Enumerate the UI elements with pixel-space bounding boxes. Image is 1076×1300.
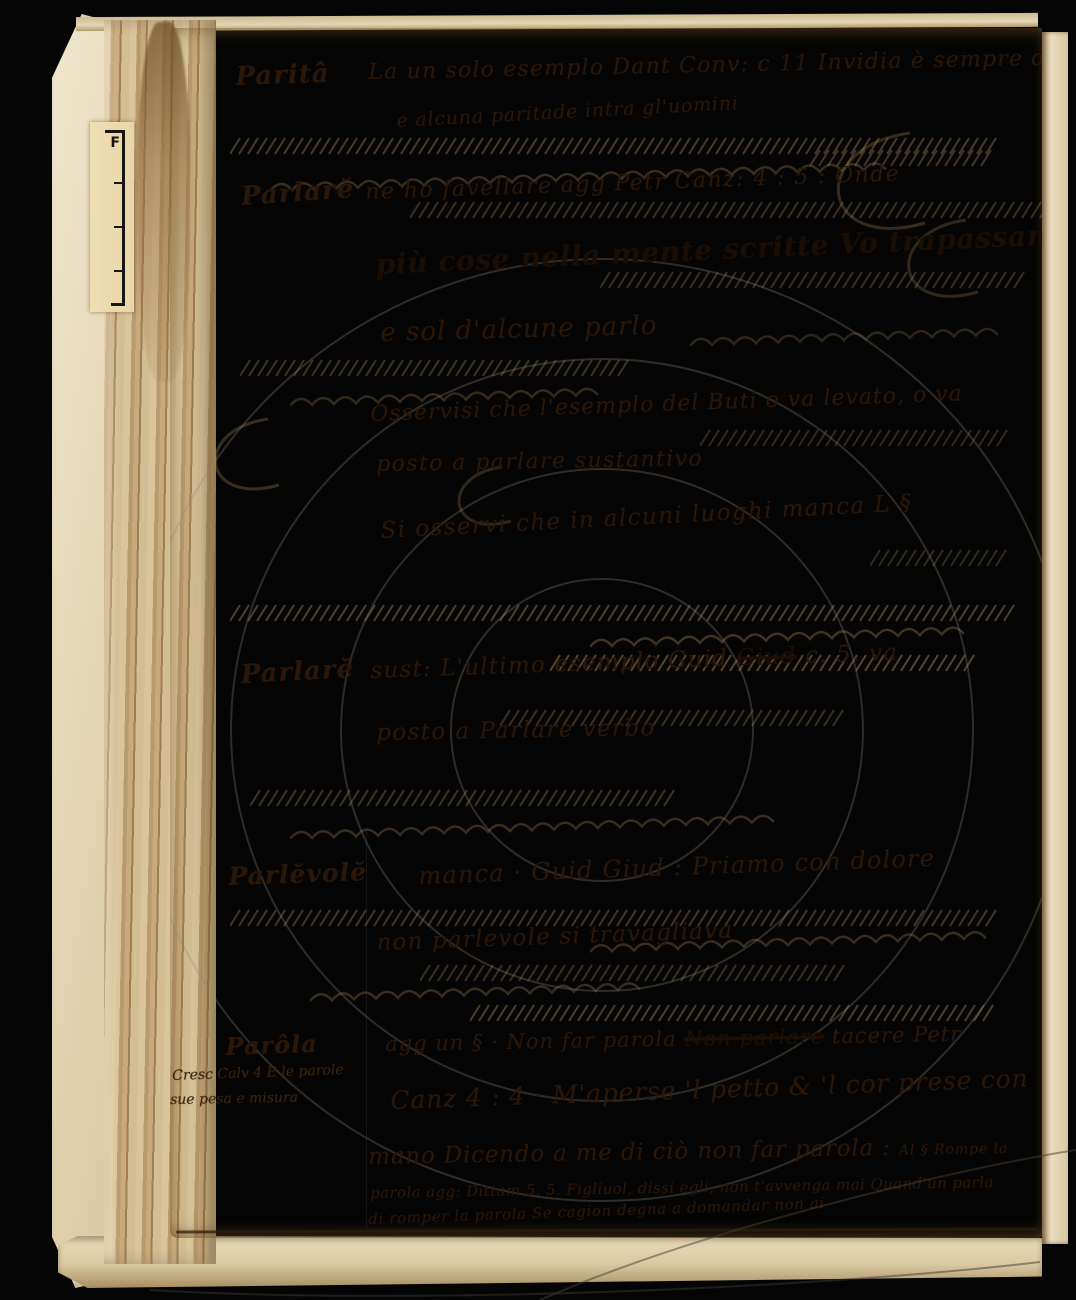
text-segment: parola agg: Dittam 5. 5. Figliuol, dissi… <box>370 1173 994 1202</box>
entry-line: Canz 4 : 4 · M'aperse 'l petto & 'l cor … <box>390 1064 1029 1115</box>
ruler-label: F <box>110 135 120 151</box>
entry-line: parola agg: Dittam 5. 5. Figliuol, dissi… <box>370 1173 994 1202</box>
text-segment: Al § Rompe la <box>899 1141 1009 1159</box>
text-segment: La un solo esemplo Dant Conv: c 11 Invid… <box>368 45 1042 85</box>
entry-line: La un solo esemplo Dant Conv: c 11 Invid… <box>368 45 1042 85</box>
text-segment: sust: L'ultimo esemplo Guid <box>370 645 737 684</box>
entry-headword: Paritâ <box>235 59 330 92</box>
entry-line: manca · Guid Giud : Priamo con dolore <box>418 844 936 890</box>
entry-line: non parlevole si travagliava <box>376 918 734 956</box>
entry-line: Osservisi che l'esemplo del Buti o va le… <box>370 381 963 427</box>
photo-scale-ruler: F <box>90 122 134 312</box>
manuscript-page: ParitâLa un solo esemplo Dant Conv: c 11… <box>170 28 1042 1238</box>
entry-headword: Parôla <box>225 1029 318 1061</box>
text-segment: Osservisi che l'esemplo del Buti o va le… <box>370 381 963 427</box>
text-segment: e alcuna paritade intra gl'uomini <box>396 92 739 132</box>
entry-headword: Parlarĕ <box>240 174 355 212</box>
entry-headword: Parlarĕ <box>240 654 355 690</box>
entry-line: mano Dicendo a me di ciò non far parola … <box>368 1133 1008 1170</box>
entry-line: sust: L'ultimo esemplo Guid Giud c. 5. v… <box>370 640 899 684</box>
entry-headword: Parlĕvolĕ <box>228 857 367 891</box>
entry-line: più cose nella mente scritte Vo trapassa… <box>375 216 1042 280</box>
struck-text-segment: Giud <box>736 643 797 671</box>
ruler-tick <box>114 182 125 184</box>
text-segment: Si osservi che in alcuni luoghi manca L … <box>380 490 913 544</box>
text-segment: tacere Petr <box>824 1022 961 1048</box>
entry-line: agg un § · Non far parola Non parlare ta… <box>385 1022 961 1056</box>
entry-line: e sol d'alcune parlo <box>380 311 658 348</box>
handwritten-entries: ParitâLa un solo esemplo Dant Conv: c 11… <box>170 28 1042 1238</box>
text-segment: Canz 4 : 4 · M'aperse 'l petto & 'l cor … <box>390 1064 1029 1115</box>
entry-margin-note: sue pesa e misura <box>170 1090 298 1108</box>
entry-margin-note: Cresc Calv 4 E le parole <box>172 1062 344 1084</box>
entry-line: e alcuna paritade intra gl'uomini <box>396 92 739 132</box>
text-segment: agg un § · Non far parola <box>385 1027 684 1056</box>
text-segment: mano Dicendo a me di ciò non far parola … <box>368 1135 899 1170</box>
ruler-tick <box>114 226 125 228</box>
text-segment: posto a parlare sustantivo <box>376 446 703 477</box>
ruler-bottom-cap <box>111 303 125 306</box>
entry-line: Si osservi che in alcuni luoghi manca L … <box>380 490 913 544</box>
facing-page-edge <box>1042 32 1068 1244</box>
text-segment: ne ho favellare agg Petr Canz: 4 : 5 : O… <box>365 161 900 205</box>
ruler-tick <box>114 270 125 272</box>
text-segment: manca · Guid Giud : Priamo con dolore <box>418 844 936 890</box>
text-segment: c. 5. va <box>796 640 898 670</box>
text-segment: posto a Parlare verbo <box>376 715 656 746</box>
ruler-top-cap <box>105 130 125 133</box>
text-segment: non parlevole si travagliava <box>376 918 734 956</box>
entry-line: posto a parlare sustantivo <box>376 446 703 477</box>
ruler-line <box>122 130 125 306</box>
struck-text-segment: Non parlare <box>684 1024 824 1050</box>
entry-line: ne ho favellare agg Petr Canz: 4 : 5 : O… <box>365 161 900 205</box>
entry-line: posto a Parlare verbo <box>376 715 656 746</box>
manuscript-photograph: F ParitâLa un solo esemplo Dant Conv: c … <box>0 0 1076 1300</box>
text-segment: e sol d'alcune parlo <box>380 311 658 348</box>
text-segment: più cose nella mente scritte Vo trapassa… <box>375 216 1042 280</box>
